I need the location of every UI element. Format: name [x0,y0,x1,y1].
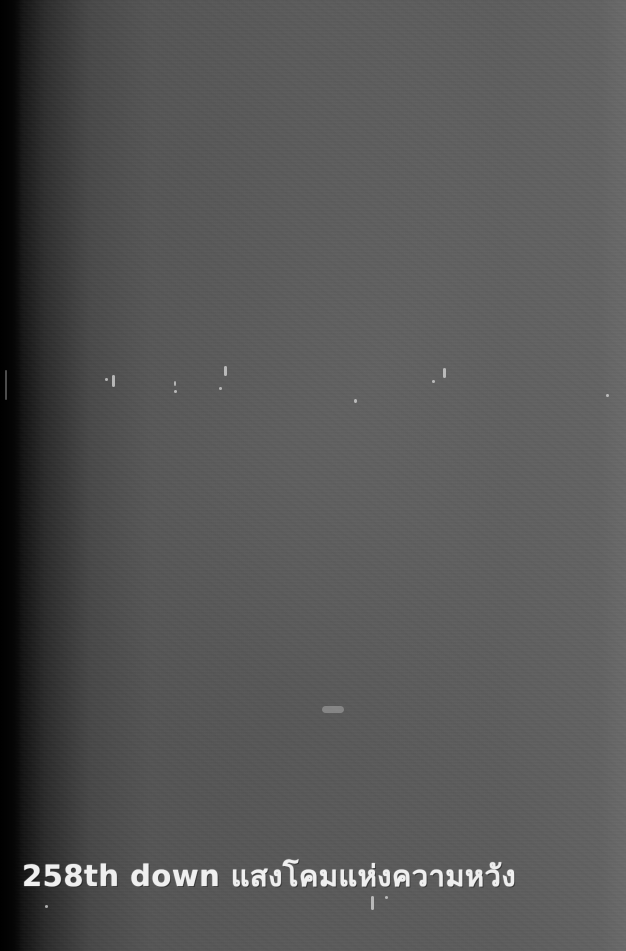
dust-speck [174,381,176,386]
dust-speck [45,905,48,908]
dust-speck [174,390,177,393]
chapter-title: 258th down แสงโคมแห่งความหวัง [22,853,516,899]
paper-grain [0,0,626,951]
manga-page: 258th down แสงโคมแห่งความหวัง [0,0,626,951]
binding-shadow [0,0,22,951]
dust-speck [606,394,609,397]
dust-speck [112,375,115,387]
dust-speck [354,399,357,403]
dust-speck [224,366,227,376]
dust-speck [432,380,435,383]
dust-speck [5,370,7,400]
dust-speck [322,706,344,713]
dust-speck [443,368,446,378]
paper-texture [0,0,626,951]
dust-speck [105,378,108,381]
dust-speck [219,387,222,390]
